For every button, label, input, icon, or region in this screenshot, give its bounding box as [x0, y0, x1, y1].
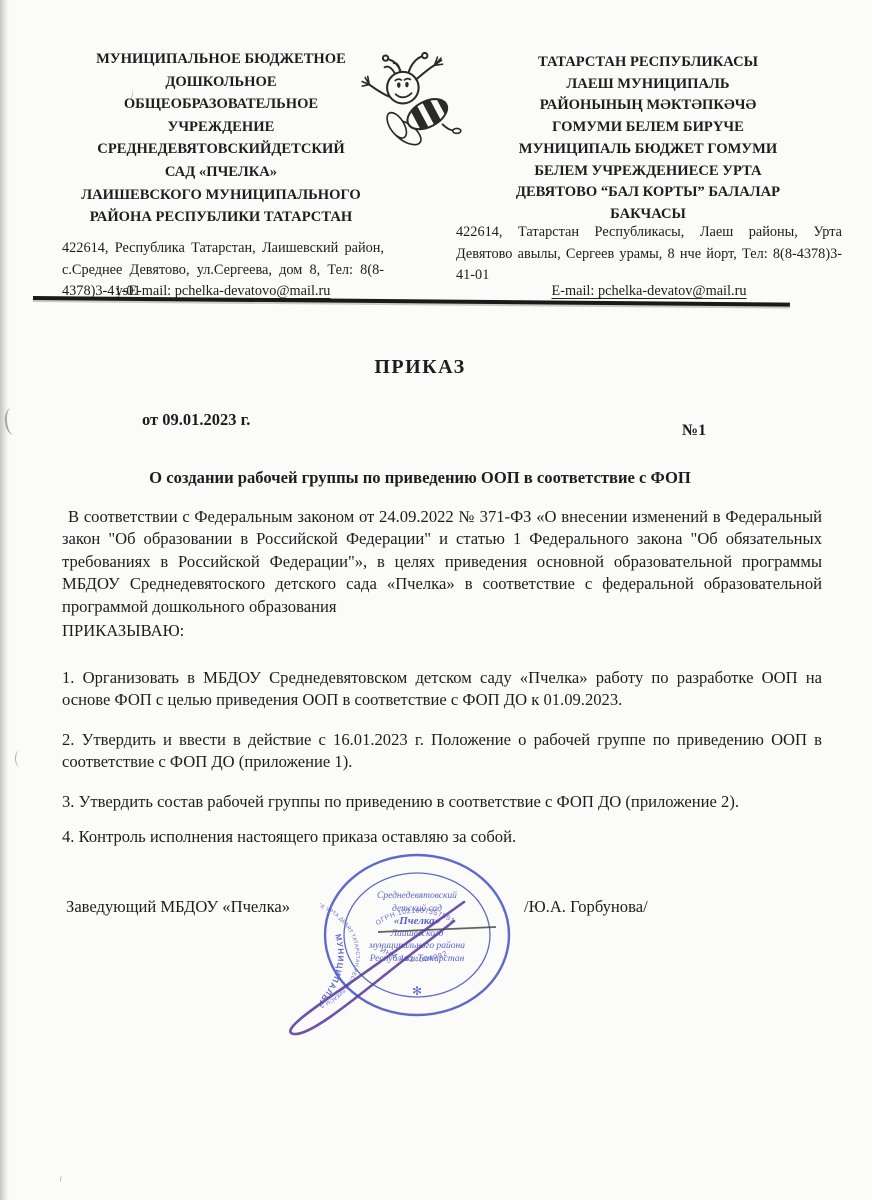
- org-name-line: СРЕДНЕДЕВЯТОВСКИЙДЕТСКИЙ: [58, 138, 384, 161]
- org-name-line: МУНИЦИПАЛЬ БЮДЖЕТ ГОМУМИ: [452, 139, 844, 161]
- scanned-order-document: МУНИЦИПАЛЬНОЕ БЮДЖЕТНОЕДОШКОЛЬНОЕОБЩЕОБР…: [0, 0, 872, 1200]
- order-number: №1: [682, 422, 706, 440]
- order-item-4: 4. Контроль исполнения настоящего приказ…: [62, 826, 822, 848]
- org-name-line: ЛАЕШ МУНИЦИПАЛЬ: [452, 74, 844, 96]
- order-title: ПРИКАЗ: [62, 356, 778, 379]
- order-item-1: 1. Организовать в МБДОУ Среднедевятовско…: [62, 667, 822, 712]
- org-name-line: РАЙОНА РЕСПУБЛИКИ ТАТАРСТАН: [58, 206, 384, 229]
- handwritten-signature: [268, 876, 508, 1046]
- org-name-line: БЕЛЕМ УЧРЕЖДЕНИЕСЕ УРТА: [452, 161, 844, 183]
- org-name-line: ТАТАРСТАН РЕСПУБЛИКАСЫ: [452, 52, 844, 74]
- signer-name: /Ю.А. Горбунова/: [524, 897, 648, 917]
- signer-role: Заведующий МБДОУ «Пчелка»: [66, 897, 290, 917]
- org-name-line: УЧРЕЖДЕНИЕ: [58, 116, 384, 139]
- org-name-line: ОБЩЕОБРАЗОВАТЕЛЬНОЕ: [58, 93, 384, 116]
- org-name-line: ГОМУМИ БЕЛЕМ БИРҮЧЕ: [452, 117, 844, 139]
- order-item-3: 3. Утвердить состав рабочей группы по пр…: [62, 791, 822, 813]
- org-name-line: РАЙОНЫНЫҢ МӘКТӘПКӘЧӘ: [452, 95, 844, 117]
- org-email-tatar: E-mail: pchelka-devatov@mail.ru: [456, 283, 842, 300]
- scan-edge-shadow: [0, 0, 9, 1200]
- order-item-2: 2. Утвердить и ввести в действие с 16.01…: [62, 729, 822, 774]
- org-name-line: САД «ПЧЕЛКА»: [58, 161, 384, 184]
- order-date: от 09.01.2023 г.: [142, 410, 250, 430]
- scan-artifact: [60, 1176, 64, 1182]
- order-subject: О создании рабочей группы по приведению …: [62, 468, 778, 488]
- org-name-line: ДОШКОЛЬНОЕ: [58, 71, 384, 94]
- org-name-line: ЛАИШЕВСКОГО МУНИЦИПАЛЬНОГО: [58, 184, 384, 207]
- org-name-line: МУНИЦИПАЛЬНОЕ БЮДЖЕТНОЕ: [58, 48, 384, 71]
- bee-logo: [356, 50, 466, 164]
- org-name-tatar: ТАТАРСТАН РЕСПУБЛИКАСЫЛАЕШ МУНИЦИПАЛЬРАЙ…: [452, 52, 844, 226]
- order-preamble: В соответствии с Федеральным законом от …: [62, 506, 822, 618]
- org-address-tatar: 422614, Татарстан Республикасы, Лаеш рай…: [456, 222, 842, 287]
- org-name-russian: МУНИЦИПАЛЬНОЕ БЮДЖЕТНОЕДОШКОЛЬНОЕОБЩЕОБР…: [58, 48, 384, 229]
- org-name-line: ДЕВЯТОВО “БАЛ КОРТЫ” БАЛАЛАР: [452, 182, 844, 204]
- scan-artifact: [15, 750, 25, 767]
- order-decree-word: ПРИКАЗЫВАЮ:: [62, 621, 184, 641]
